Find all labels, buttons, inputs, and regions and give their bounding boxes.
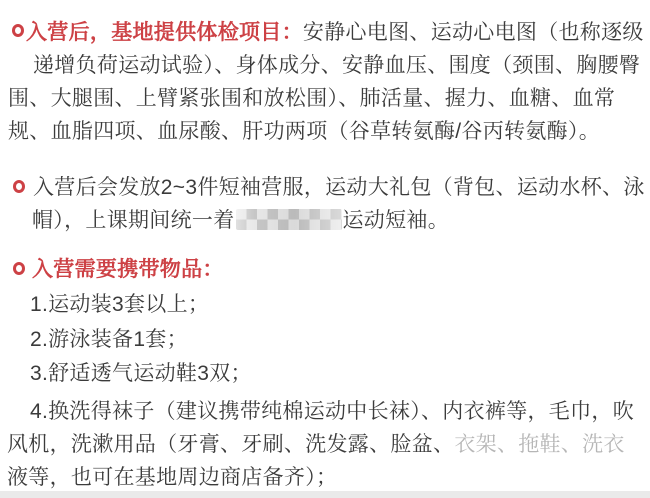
text-segment: 风机，洗漱用品（牙膏、牙刷、洗发露、脸盆、 bbox=[7, 433, 454, 456]
text-segment: 液等，也可在基地周边商店备齐）； bbox=[7, 466, 337, 489]
text-line: 帽），上课期间统一着运动短袖。 bbox=[32, 209, 449, 233]
text-segment: 入营后会发放2~3件短袖营服，运动大礼包（背包、运动水杯、泳 bbox=[33, 176, 645, 199]
text-line: 4.换洗得袜子（建议携带纯棉运动中长袜）、内衣裤等，毛巾，吹 bbox=[30, 400, 634, 424]
text-line: 3.舒适透气运动鞋3双； bbox=[30, 362, 252, 386]
text-segment: 帽），上课期间统一着 bbox=[32, 209, 235, 232]
bottom-edge-bar bbox=[0, 491, 650, 498]
text-line: 风机，洗漱用品（牙膏、牙刷、洗发露、脸盆、衣架、拖鞋、洗衣 bbox=[7, 433, 625, 457]
text-line: 2.游泳装备1套； bbox=[30, 328, 188, 352]
bullet-circle-icon bbox=[12, 24, 24, 37]
section-heading: 入营后，基地提供体检项目： bbox=[26, 21, 303, 44]
text-segment: 2.游泳装备1套； bbox=[30, 328, 188, 351]
text-line: 入营后，基地提供体检项目：安静心电图、运动心电图（也称逐级 bbox=[26, 21, 644, 45]
text-segment: 递增负荷运动试验）、身体成分、安静血压、围度（颈围、胸腰臀 bbox=[33, 54, 640, 77]
text-line: 入营后会发放2~3件短袖营服，运动大礼包（背包、运动水杯、泳 bbox=[33, 176, 645, 200]
faded-text-segment: 衣架、拖鞋、洗衣 bbox=[454, 433, 624, 456]
section-heading: 入营需要携带物品： bbox=[32, 258, 224, 281]
censored-mosaic bbox=[236, 209, 342, 230]
text-segment: 4.换洗得袜子（建议携带纯棉运动中长袜）、内衣裤等，毛巾，吹 bbox=[30, 400, 634, 423]
text-segment: 3.舒适透气运动鞋3双； bbox=[30, 362, 252, 385]
bullet-circle-icon bbox=[13, 180, 25, 193]
text-segment: 运动短袖。 bbox=[343, 209, 450, 232]
text-line: 围、大腿围、上臂紧张围和放松围）、肺活量、握力、血糖、血常 bbox=[8, 87, 615, 111]
text-segment: 围、大腿围、上臂紧张围和放松围）、肺活量、握力、血糖、血常 bbox=[8, 87, 615, 110]
text-segment: 1.运动装3套以上； bbox=[30, 293, 209, 316]
document-page: 入营后，基地提供体检项目：安静心电图、运动心电图（也称逐级递增负荷运动试验）、身… bbox=[0, 0, 650, 498]
text-segment: 规、血脂四项、血尿酸、肝功两项（谷草转氨酶/谷丙转氨酶）。 bbox=[8, 120, 600, 143]
text-line: 1.运动装3套以上； bbox=[30, 293, 209, 317]
bullet-circle-icon bbox=[13, 262, 25, 275]
text-line: 液等，也可在基地周边商店备齐）； bbox=[7, 466, 337, 490]
text-line: 入营需要携带物品： bbox=[32, 258, 224, 282]
text-segment: 安静心电图、运动心电图（也称逐级 bbox=[303, 21, 644, 44]
text-line: 规、血脂四项、血尿酸、肝功两项（谷草转氨酶/谷丙转氨酶）。 bbox=[8, 120, 600, 144]
text-line: 递增负荷运动试验）、身体成分、安静血压、围度（颈围、胸腰臀 bbox=[33, 54, 640, 78]
